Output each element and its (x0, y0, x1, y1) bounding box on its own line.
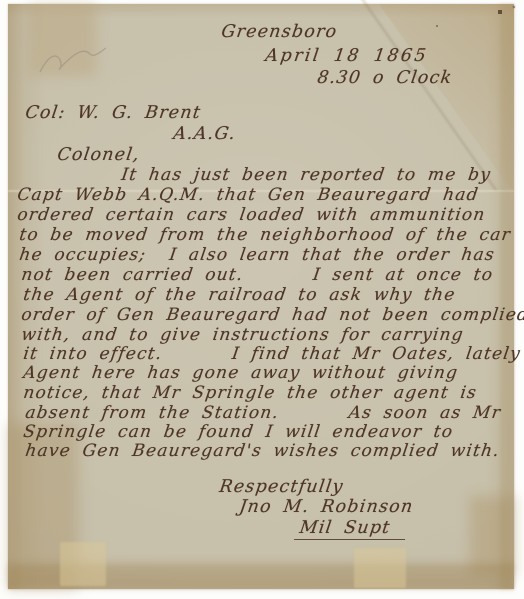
letter-scan: Greensboro April 18 1865 8.30 o Clock Co… (0, 0, 524, 599)
body-line: order of Gen Beauregard had not been com… (20, 305, 524, 325)
body-line: to be moved from the neighborhood of the… (18, 225, 512, 245)
ink-speck (8, 4, 10, 6)
recipient-line: Col: W. G. Brent (24, 103, 202, 123)
recipient-title: A.A.G. (172, 124, 237, 144)
body-line: Springle can be found I will endeavor to (22, 422, 455, 442)
body-line: absent from the Station. As soon as Mr (24, 403, 502, 423)
body-line: Capt Webb A.Q.M. that Gen Beauregard had (16, 185, 480, 205)
dateline-time: 8.30 o Clock (316, 68, 454, 88)
tape-mark (354, 548, 406, 588)
body-line: ordered certain cars loaded with ammunit… (16, 205, 487, 225)
dateline-place: Greensboro (220, 22, 339, 42)
tape-mark (60, 542, 106, 586)
body-line: the Agent of the railroad to ask why the (22, 285, 457, 305)
pencil-scribble (34, 38, 114, 82)
body-line: notice, that Mr Springle the other agent… (22, 383, 478, 403)
body-line: Agent here has gone away without giving (22, 363, 460, 383)
signature: Jno M. Robinson (238, 497, 415, 517)
salutation: Colonel, (56, 145, 141, 165)
body-line: not been carried out. I sent at once to (20, 265, 495, 285)
stain (470, 496, 516, 576)
body-line: have Gen Beauregard's wishes complied wi… (24, 441, 501, 461)
dateline-date: April 18 1865 (264, 46, 429, 66)
body-line: he occupies; I also learn that the order… (18, 245, 496, 265)
body-line: it into effect. I find that Mr Oates, la… (22, 344, 522, 364)
body-line: with, and to give instructions for carry… (20, 325, 465, 345)
valediction: Respectfully (218, 477, 345, 497)
body-line: It has just been reported to me by (120, 165, 492, 185)
letter-paper: Greensboro April 18 1865 8.30 o Clock Co… (8, 4, 514, 589)
signer-title: Mil Supt (294, 518, 408, 540)
